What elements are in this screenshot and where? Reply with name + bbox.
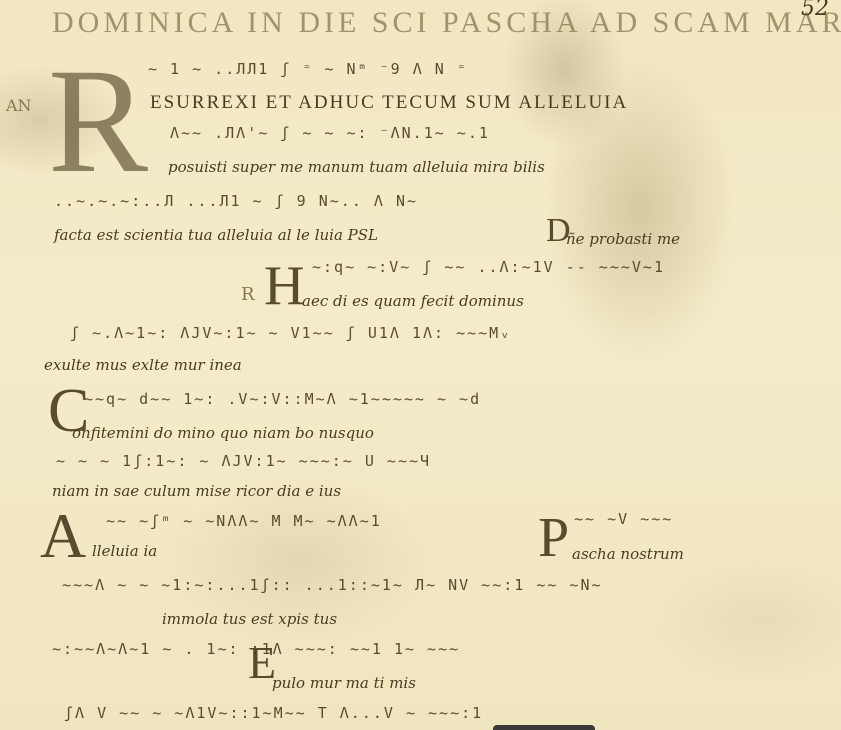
neume-line: ..~.~.~:..Л ...Л1 ~ ʃ 9 N~.. Λ N~ — [54, 192, 418, 210]
neume-line: ʃ ~.Λ~1~: ΛJV~:1~ ~ V1~~ ʃ U1Λ 1Λ: ~~~Mᵥ — [70, 324, 511, 342]
psalm-incipit: ñe probasti me — [566, 230, 680, 248]
manuscript-page: DOMINICA IN DIE SCI PASCHA AD SCAM MAR L… — [0, 0, 841, 730]
chant-text-line: onfitemini do mino quo niam bo nusquo — [72, 424, 374, 442]
chant-text-line: facta est scientia tua alleluia al le lu… — [54, 226, 378, 244]
neume-line: ~~ ~ʃᵐ ~ ~NΛΛ~ M M~ ~ΛΛ~1 — [106, 512, 382, 530]
neume-line: ~ 1 ~ ..ЛЛ1 ʃ ⁼ ~ Nᵐ ⁻9 Λ N ⁼ — [148, 60, 468, 78]
neume-line: ~ ~ ~ 1ʃ:1~: ~ ΛJV:1~ ~~~:~ U ~~~Ч — [56, 452, 431, 470]
neume-line: ʃΛ V ~~ ~ ~Λ1V~::1~M~~ T Λ...V ~ ~~~:1 — [64, 704, 483, 722]
chant-text-line: immola tus est xpis tus — [162, 610, 337, 628]
neume-line: ~~q~ d~~ 1~: .V~:V::M~Λ ~1~~~~~ ~ ~d — [84, 390, 481, 408]
chant-text-line: niam in sae culum mise ricor dia e ius — [52, 482, 341, 500]
rubric-title: DOMINICA IN DIE SCI PASCHA AD SCAM MAR — [52, 6, 841, 39]
chant-text-line: ESURREXI ET ADHUC TECUM SUM ALLELUIA — [150, 92, 628, 114]
chant-text-line: ascha nostrum — [572, 545, 684, 563]
chant-text-line: exulte mus exlte mur inea — [44, 356, 242, 374]
initial-letter-a: A — [40, 504, 86, 568]
neume-line: ~~ ~V ~~~ — [574, 510, 673, 528]
margin-marker: AN — [6, 96, 32, 115]
neume-line: ~:~~Λ~Λ~1 ~ . 1~: :1Λ ~~~: ~~1 1~ ~~~ — [52, 640, 460, 658]
chant-text-line: aec di es quam fecit dominus — [302, 292, 524, 310]
folio-number: 52 — [801, 0, 829, 21]
initial-letter-r: R — [48, 46, 148, 196]
response-cue: R — [241, 284, 255, 305]
neume-line: ~:q~ ~:V~ ʃ ~~ ..Λ:~1V -- ~~~V~1 — [312, 258, 665, 276]
rubric-header: DOMINICA IN DIE SCI PASCHA AD SCAM MAR L… — [52, 6, 841, 40]
neume-line: Λ~~ .ЛΛ'~ ʃ ~ ~ ~: ⁻ΛN.1~ ~.1 — [170, 124, 490, 142]
bottom-overlay-bar — [493, 725, 595, 730]
neume-line: ~~~Λ ~ ~ ~1:~:...1ʃ:: ...1::~1~ Л~ NV ~~… — [62, 576, 603, 594]
initial-letter-h: H — [264, 258, 304, 314]
initial-letter-p: P — [538, 510, 569, 566]
chant-text-line: pulo mur ma ti mis — [272, 674, 416, 692]
chant-text-line: posuisti super me manum tuam alleluia mi… — [168, 158, 545, 176]
chant-text-line: lleluia ia — [92, 542, 157, 560]
